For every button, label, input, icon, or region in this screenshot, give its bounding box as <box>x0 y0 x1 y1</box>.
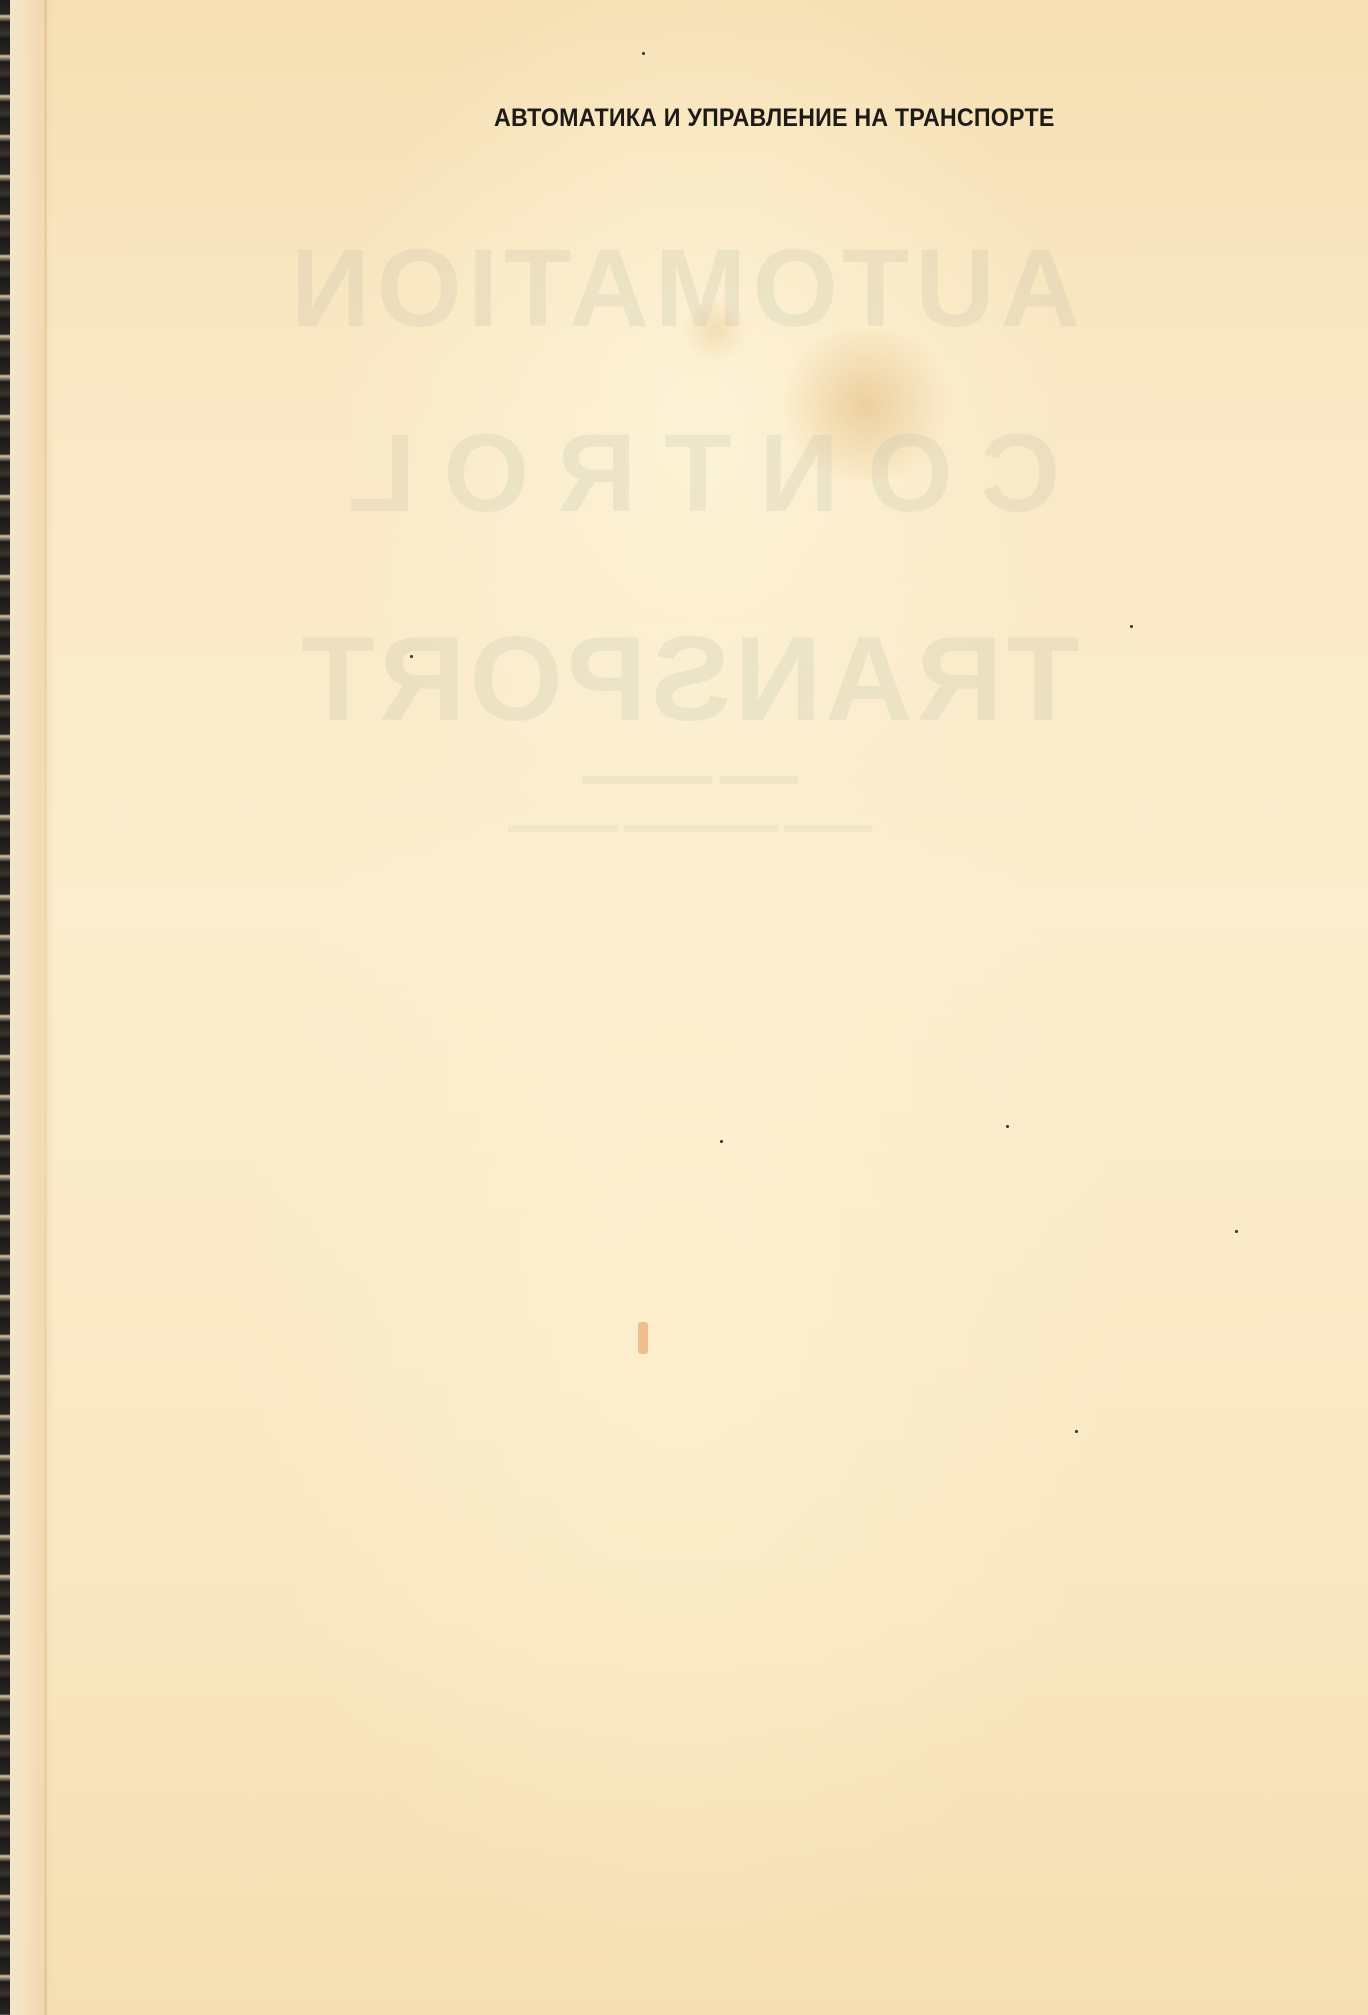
paper-speck <box>1006 1125 1009 1128</box>
paper-speck <box>410 655 413 658</box>
paper-mark <box>638 1322 648 1354</box>
paper-speck <box>1130 625 1133 628</box>
showthrough-line: AUTOMATION <box>300 225 1080 352</box>
paper-speck <box>642 52 645 55</box>
paper-speck <box>720 1140 723 1143</box>
showthrough-line: ▬▬▬ ▬▬▬▬▬ <box>300 760 1080 791</box>
series-title: АВТОМАТИКА И УПРАВЛЕНИЕ НА ТРАНСПОРТЕ <box>494 104 1055 133</box>
binding-edge <box>0 0 10 2015</box>
paper-speck <box>1075 1430 1078 1433</box>
scanned-page: AUTOMATION CONTROL TRANSPORT ▬▬▬ ▬▬▬▬▬ ▬… <box>0 0 1368 2015</box>
paper-speck <box>1235 1230 1238 1233</box>
showthrough-line: TRANSPORT <box>300 610 1080 748</box>
page-deckle-edge <box>10 0 54 2015</box>
showthrough-line: ▬▬▬▬ ▬▬▬▬▬▬▬ ▬▬▬▬▬ <box>300 812 1080 838</box>
page-fold-line <box>44 0 47 2015</box>
showthrough-line: CONTROL <box>300 410 1080 537</box>
